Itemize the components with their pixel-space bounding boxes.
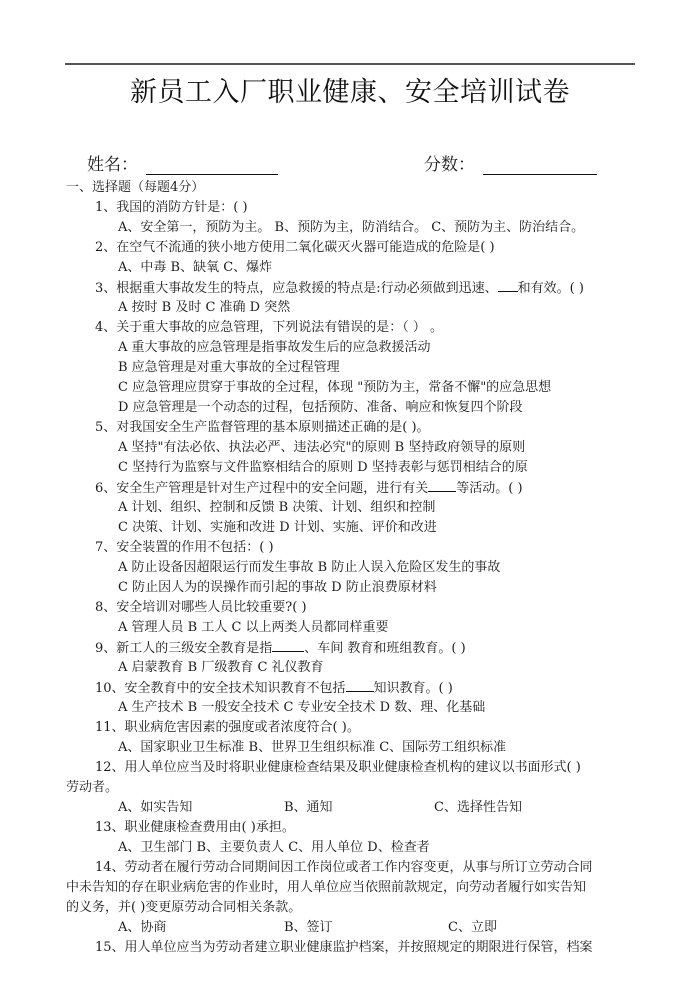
question-11-options: A、国家职业卫生标准 B、世界卫生组织标准 C、国际劳工组织标准	[118, 738, 506, 758]
question-3-options: A 按时 B 及时 C 准确 D 突然	[118, 298, 290, 318]
question-12-option-a: A、如实告知	[118, 798, 192, 818]
question-9-stem: 9、新工人的三级安全教育是指、车间 教育和班组教育。( )	[95, 638, 466, 659]
question-9-stem-a: 9、新工人的三级安全教育是指	[95, 641, 272, 656]
question-1-stem: 1、我国的消防方针是：( )	[95, 198, 248, 218]
question-6-stem-a: 6、安全生产管理是针对生产过程中的安全问题，进行有关	[95, 481, 428, 496]
question-3-stem-a: 3、根据重大事故发生的特点，应急救援的特点是:行动必须做到迅速、	[95, 281, 498, 296]
question-7-options-1: A 防止设备因超限运行而发生事故 B 防止人误入危险区发生的事故	[118, 558, 500, 578]
answer-blank	[346, 678, 374, 692]
score-blank[interactable]	[483, 156, 597, 175]
question-2-stem: 2、在空气不流通的狭小地方使用二氧化碳灭火器可能造成的危险是( )	[95, 238, 495, 258]
question-10-options: A 生产技术 B 一般安全技术 C 专业安全技术 D 数、理、化基础	[118, 698, 485, 718]
question-14-option-a: A、协商	[118, 918, 166, 938]
question-8-stem: 8、安全培训对哪些人员比较重要?( )	[95, 598, 307, 618]
exam-title: 新员工入厂职业健康、安全培训试卷	[0, 70, 700, 109]
question-4-stem: 4、关于重大事故的应急管理，下列说法有错误的是：（ ） 。	[95, 318, 443, 338]
question-14-option-c: C、立即	[448, 918, 497, 938]
name-field: 姓名：	[87, 150, 278, 175]
question-6-options-1: A 计划、组织、控制和反馈 B 决策、计划、组织和控制	[118, 498, 435, 518]
score-field: 分数：	[424, 150, 597, 175]
score-label: 分数：	[424, 155, 475, 175]
question-9-stem-b: 、车间 教育和班组教育。( )	[304, 641, 465, 656]
answer-blank	[428, 478, 456, 492]
question-14-option-b: B、签订	[284, 918, 333, 938]
question-2-options: A、中毒 B、缺氧 C、爆炸	[118, 258, 272, 278]
question-10-stem-b: 知识教育。( )	[374, 681, 453, 696]
question-12-option-c: C、选择性告知	[434, 798, 522, 818]
question-5-options-2: C 坚持行为监察与文件监察相结合的原则 D 坚持表彰与惩罚相结合的原	[118, 458, 528, 478]
question-10-stem: 10、安全教育中的安全技术知识教育不包括知识教育。( )	[95, 678, 453, 699]
question-4-option-b: B 应急管理是对重大事故的全过程管理	[118, 358, 340, 378]
question-6-stem: 6、安全生产管理是针对生产过程中的安全问题，进行有关等活动。( )	[95, 478, 523, 499]
answer-blank	[498, 278, 518, 292]
question-4-option-c: C 应急管理应贯穿于事故的全过程，体现 "预防为主，常备不懈"的应急思想	[118, 378, 551, 398]
question-14-stem-cont-2: 的义务，并( )变更原劳动合同相关条款。	[66, 898, 301, 918]
question-14-stem-cont-1: 中未告知的存在职业病危害的作业时，用人单位应当依照前款规定，向劳动者履行如实告知	[66, 878, 586, 898]
question-4-option-d: D 应急管理是一个动态的过程，包括预防、准备、响应和恢复四个阶段	[118, 398, 523, 418]
answer-blank	[272, 638, 304, 652]
question-3-stem: 3、根据重大事故发生的特点，应急救援的特点是:行动必须做到迅速、和有效。( )	[95, 278, 584, 299]
question-1-options: A、安全第一，预防为主。 B、预防为主，防消结合。 C、预防为主、防治结合。	[118, 218, 584, 238]
question-7-options-2: C 防止因人为的误操作而引起的事故 D 防止浪费原材料	[118, 578, 437, 598]
question-4-option-a: A 重大事故的应急管理是指事故发生后的应急救援活动	[118, 338, 431, 358]
question-11-stem: 11、职业病危害因素的强度或者浓度符合( )。	[95, 718, 360, 738]
question-14-stem: 14、劳动者在履行劳动合同期间因工作岗位或者工作内容变更，从事与所订立劳动合同	[95, 858, 593, 878]
header-rule	[65, 63, 635, 65]
question-9-options: A 启蒙教育 B 厂级教育 C 礼仪教育	[118, 658, 324, 678]
question-12-stem: 12、用人单位应当及时将职业健康检查结果及职业健康检查机构的建议以书面形式( )	[95, 758, 581, 778]
question-13-options: A、卫生部门 B、主要负责人 C、用人单位 D、检查者	[118, 838, 430, 858]
question-12-stem-cont: 劳动者。	[66, 778, 118, 798]
question-5-stem: 5、对我国安全生产监督管理的基本原则描述正确的是( )。	[95, 418, 430, 438]
question-10-stem-a: 10、安全教育中的安全技术知识教育不包括	[95, 681, 346, 696]
question-15-stem: 15、用人单位应当为劳动者建立职业健康监护档案，并按照规定的期限进行保管，档案	[95, 938, 593, 958]
question-7-stem: 7、安全装置的作用不包括：( )	[95, 538, 274, 558]
name-label: 姓名：	[87, 155, 138, 175]
name-blank[interactable]	[146, 156, 278, 175]
question-12-option-b: B、通知	[284, 798, 333, 818]
question-3-stem-b: 和有效。( )	[518, 281, 584, 296]
question-6-stem-b: 等活动。( )	[456, 481, 522, 496]
question-13-stem: 13、职业健康检查费用由( )承担。	[95, 818, 295, 838]
question-5-options-1: A 坚持"有法必依、执法必严、违法必究"的原则 B 坚持政府领导的原则	[118, 438, 525, 458]
question-6-options-2: C 决策、计划、实施和改进 D 计划、实施、评价和改进	[118, 518, 437, 538]
question-8-options: A 管理人员 B 工人 C 以上两类人员都同样重要	[118, 618, 389, 638]
section-heading: 一、选择题（每题4分）	[66, 178, 204, 198]
